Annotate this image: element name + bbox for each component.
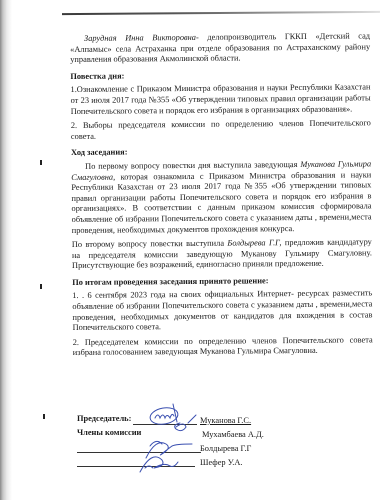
signature-ink-icon [0,0,385,500]
